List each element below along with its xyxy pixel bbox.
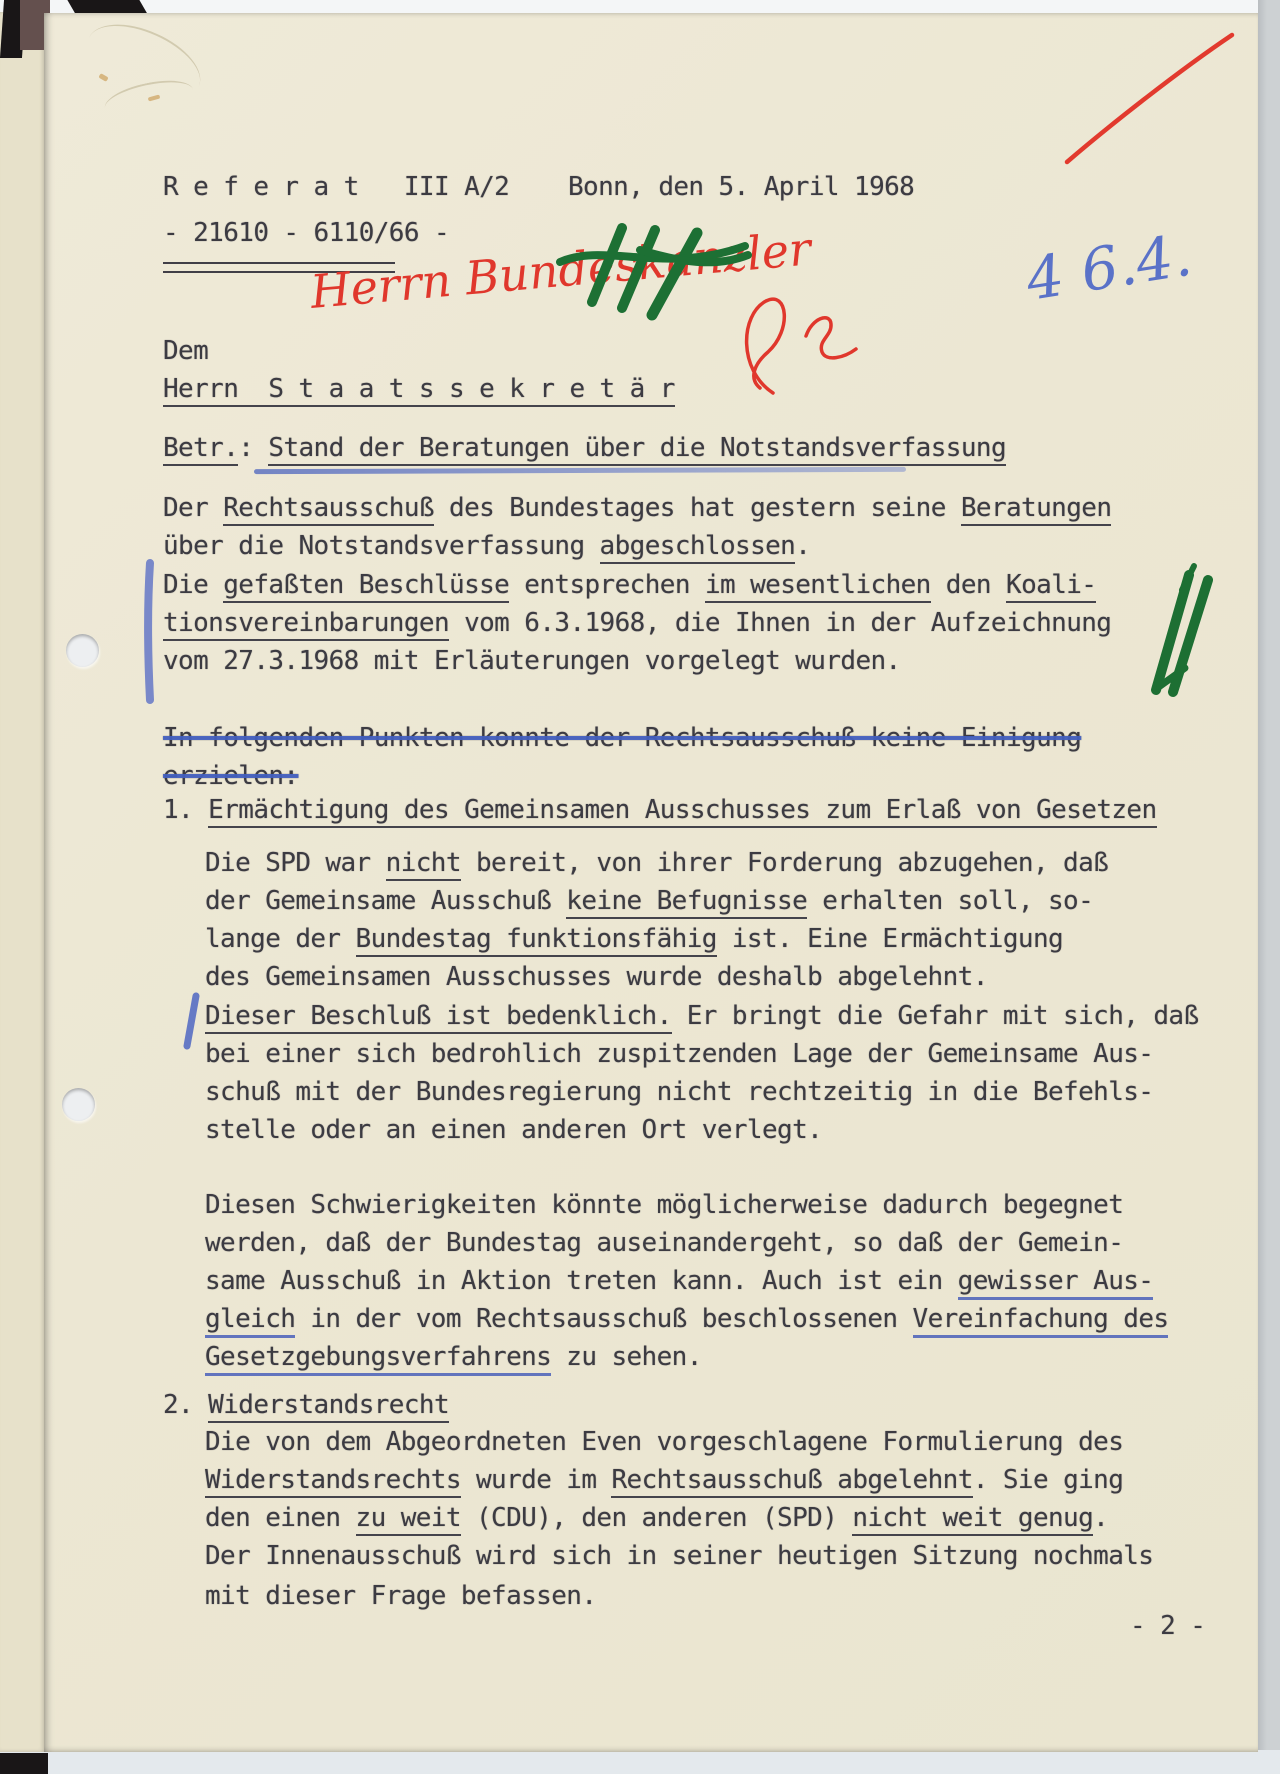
paper-sheet (44, 13, 1258, 1752)
scanned-memo-page: R e f e r a t III A/2Bonn, den 5. April … (0, 0, 1280, 1774)
underlying-page-edge (0, 12, 46, 1752)
binding-corner-bottom-left (0, 1753, 48, 1774)
punch-hole-top (66, 634, 99, 667)
punch-hole-bottom (62, 1088, 95, 1121)
reference-number-underline (163, 262, 395, 273)
scan-background-right (1258, 0, 1280, 1774)
scan-background-bottom (0, 1750, 1280, 1774)
scan-background-top (0, 0, 1280, 14)
